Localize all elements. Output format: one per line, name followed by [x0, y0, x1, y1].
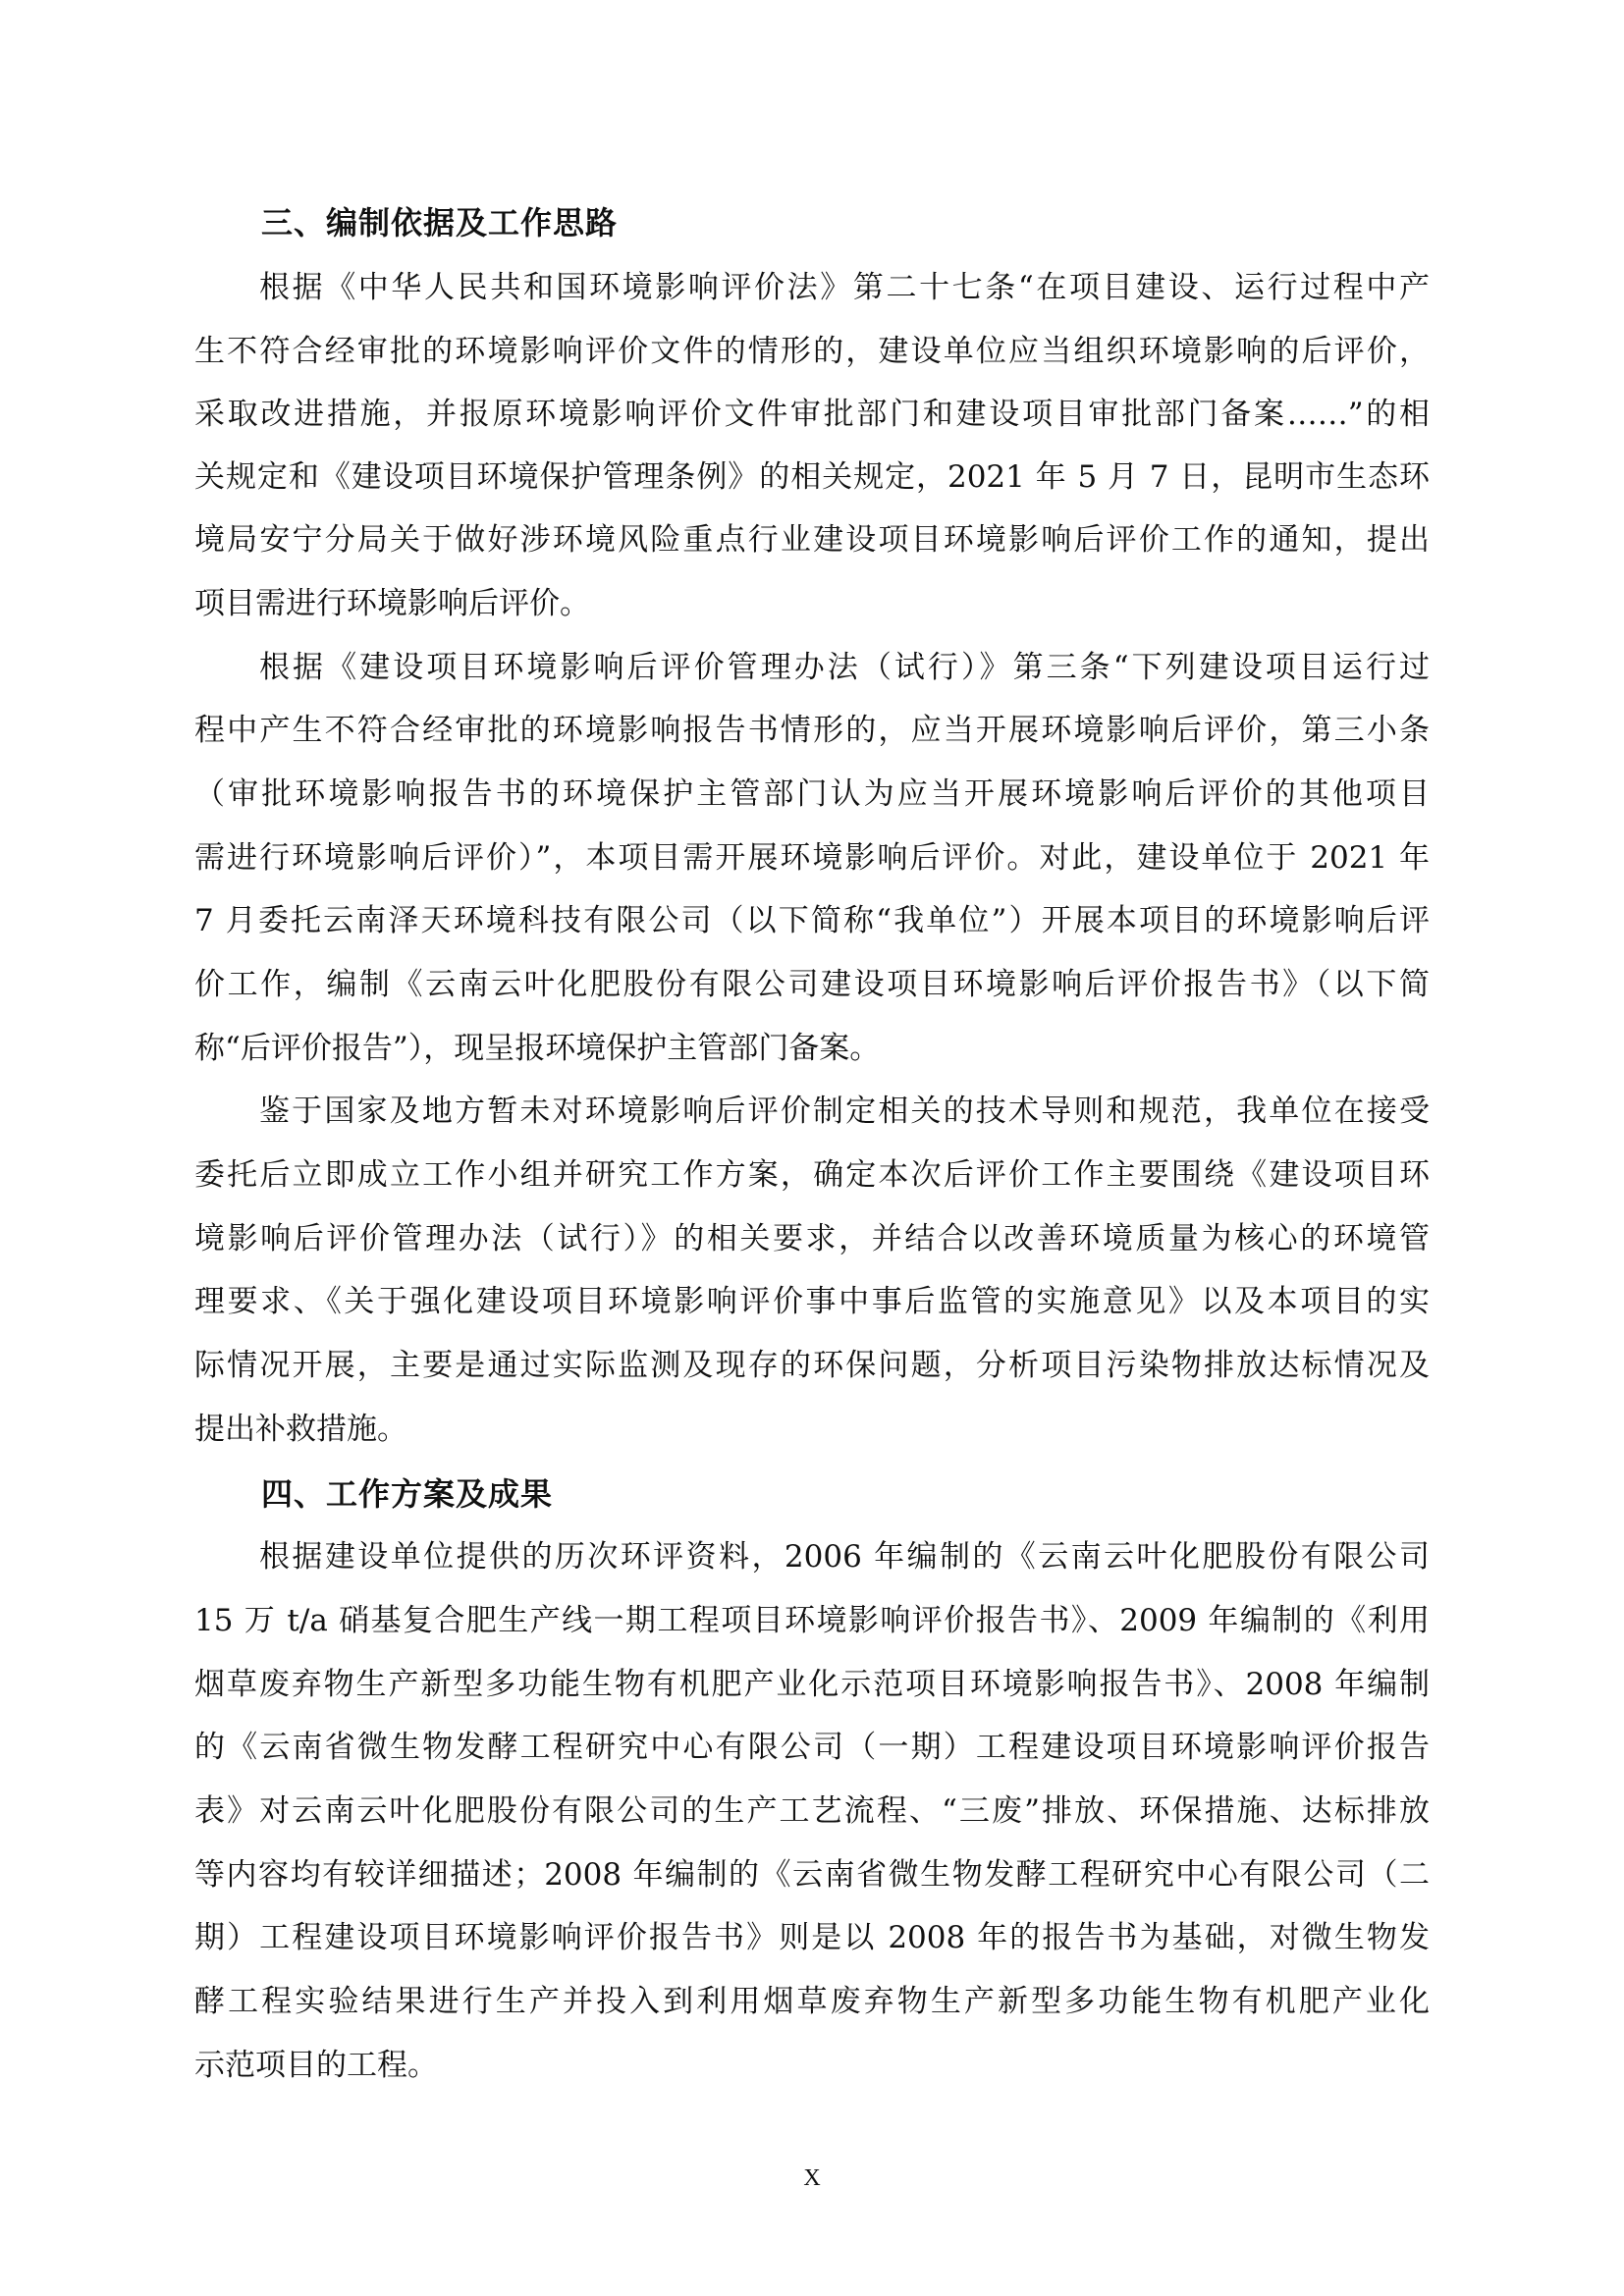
paragraph-line: 根据建设单位提供的历次环评资料，2006 年编制的《云南云叶化肥股份有限公司 [259, 1535, 1430, 1578]
paragraph-line: 称“后评价报告”），现呈报环境保护主管部门备案。 [194, 1027, 1430, 1070]
paragraph-line: 程中产生不符合经审批的环境影响报告书情形的，应当开展环境影响后评价，第三小条 [194, 709, 1430, 752]
paragraph-line: 15 万 t/a 硝基复合肥生产线一期工程项目环境影响评价报告书》、2009 年… [194, 1599, 1430, 1642]
paragraph-line: 7 月委托云南泽天环境科技有限公司（以下简称“我单位”）开展本项目的环境影响后评 [194, 899, 1430, 942]
paragraph-line: 境局安宁分局关于做好涉环境风险重点行业建设项目环境影响后评价工作的通知，提出 [194, 518, 1430, 561]
document-page: 三、编制依据及工作思路 根据《中华人民共和国环境影响评价法》第二十七条“在项目建… [0, 0, 1624, 2296]
paragraph-line: 烟草废弃物生产新型多功能生物有机肥产业化示范项目环境影响报告书》、2008 年编… [194, 1663, 1430, 1706]
paragraph-line: 提出补救措施。 [194, 1408, 1430, 1451]
paragraph-line: 价工作，编制《云南云叶化肥股份有限公司建设项目环境影响后评价报告书》（以下简 [194, 963, 1430, 1006]
paragraph-line: 等内容均有较详细描述；2008 年编制的《云南省微生物发酵工程研究中心有限公司（… [194, 1853, 1430, 1896]
section-heading-4: 四、工作方案及成果 [261, 1471, 553, 1517]
paragraph-line: 需进行环境影响后评价）”，本项目需开展环境影响后评价。对此，建设单位于 2021… [194, 836, 1430, 880]
paragraph-line: 生不符合经审批的环境影响评价文件的情形的，建设单位应当组织环境影响的后评价， [194, 330, 1430, 373]
paragraph-line: 委托后立即成立工作小组并研究工作方案，确定本次后评价工作主要围绕《建设项目环 [194, 1153, 1430, 1197]
paragraph-line: （审批环境影响报告书的环境保护主管部门认为应当开展环境影响后评价的其他项目 [194, 773, 1430, 816]
paragraph-line: 采取改进措施，并报原环境影响评价文件审批部门和建设项目审批部门备案……”的相 [194, 393, 1430, 436]
paragraph-line: 期）工程建设项目环境影响评价报告书》则是以 2008 年的报告书为基础，对微生物… [194, 1916, 1430, 1959]
paragraph-line: 际情况开展，主要是通过实际监测及现存的环保问题，分析项目污染物排放达标情况及 [194, 1344, 1430, 1387]
paragraph-line: 理要求、《关于强化建设项目环境影响评价事中事后监管的实施意见》以及本项目的实 [194, 1280, 1430, 1323]
paragraph-line: 表》对云南云叶化肥股份有限公司的生产工艺流程、“三废”排放、环保措施、达标排放 [194, 1789, 1430, 1833]
paragraph-line: 境影响后评价管理办法（试行）》的相关要求，并结合以改善环境质量为核心的环境管 [194, 1217, 1430, 1260]
paragraph-line: 示范项目的工程。 [194, 2044, 1430, 2087]
paragraph-line: 鉴于国家及地方暂未对环境影响后评价制定相关的技术导则和规范，我单位在接受 [259, 1090, 1430, 1133]
paragraph-line: 根据《中华人民共和国环境影响评价法》第二十七条“在项目建设、运行过程中产 [259, 266, 1430, 309]
page-number: X [0, 2163, 1624, 2193]
paragraph-line: 酵工程实验结果进行生产并投入到利用烟草废弃物生产新型多功能生物有机肥产业化 [194, 1980, 1430, 2023]
paragraph-line: 的《云南省微生物发酵工程研究中心有限公司（一期）工程建设项目环境影响评价报告 [194, 1726, 1430, 1769]
section-heading-3: 三、编制依据及工作思路 [261, 200, 618, 245]
paragraph-line: 根据《建设项目环境影响后评价管理办法（试行）》第三条“下列建设项目运行过 [259, 646, 1430, 689]
paragraph-line: 关规定和《建设项目环境保护管理条例》的相关规定，2021 年 5 月 7 日，昆… [194, 455, 1430, 499]
paragraph-line: 项目需进行环境影响后评价。 [194, 582, 1430, 625]
